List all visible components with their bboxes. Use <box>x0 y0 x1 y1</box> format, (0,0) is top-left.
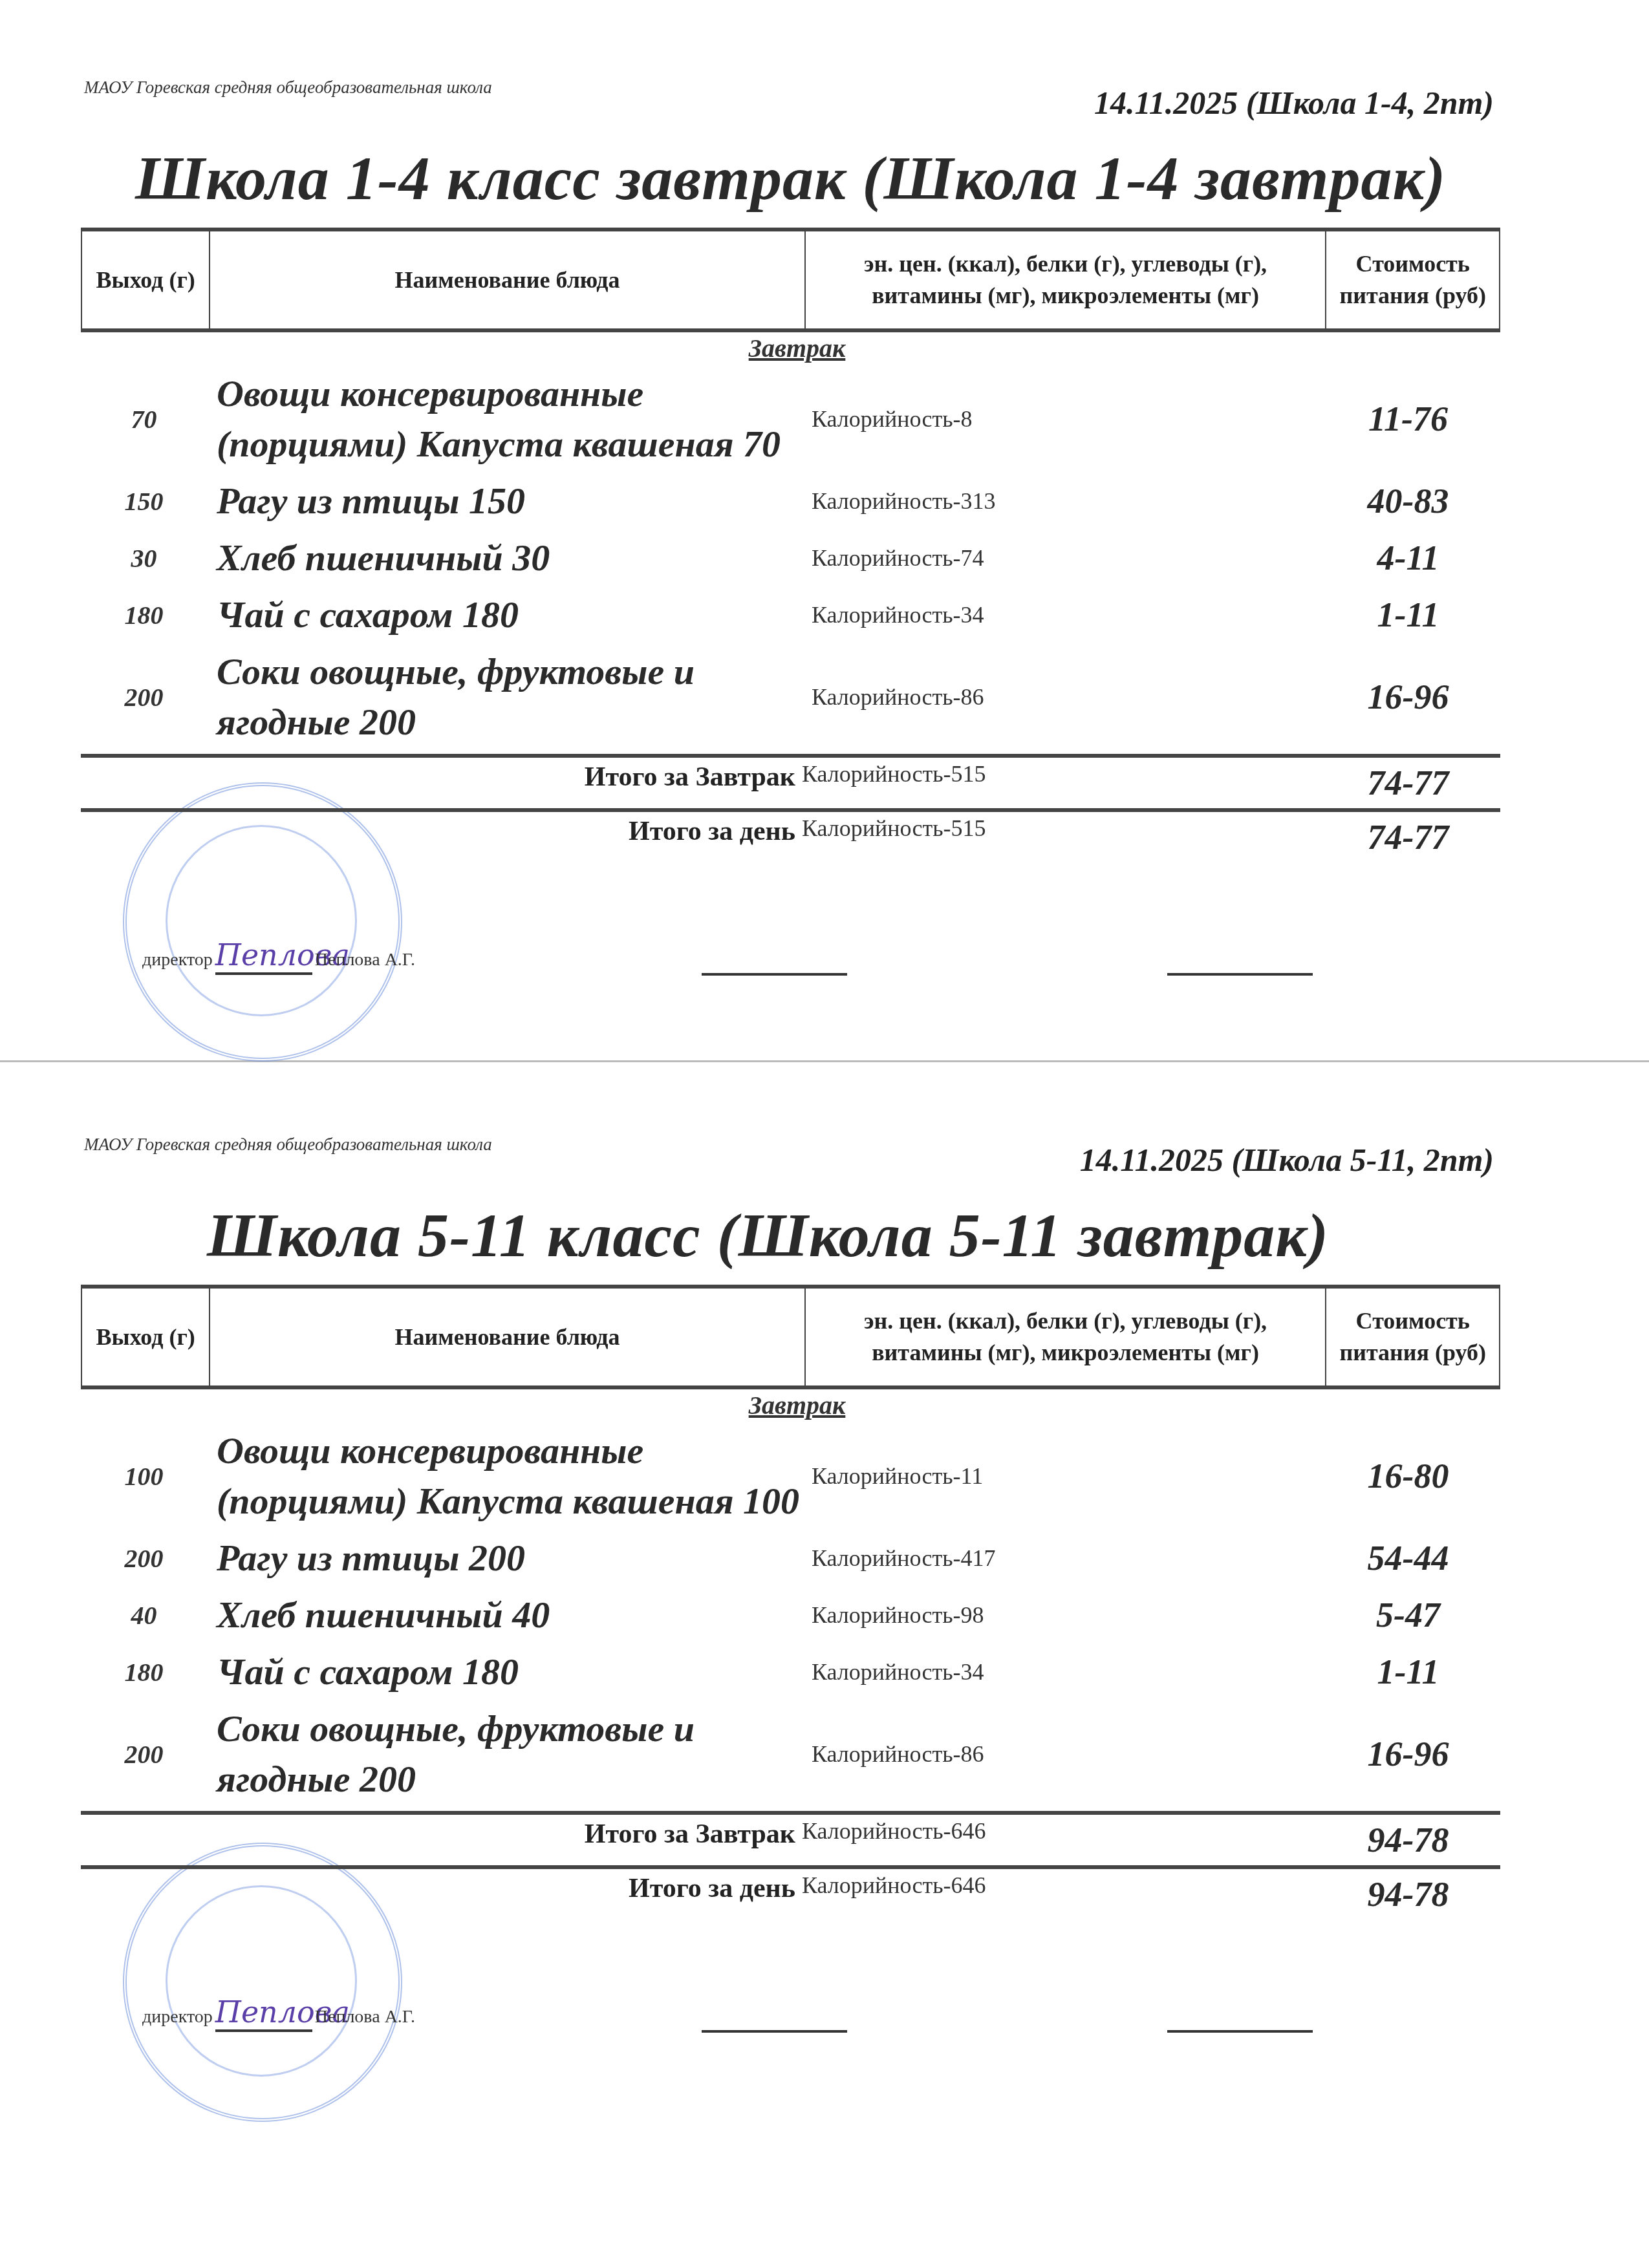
total-day-row: Итого за деньКалорийность-64694-78 <box>81 1865 1500 1920</box>
total-nutrition: Калорийность-646 <box>802 1869 1322 1899</box>
menu-item-row: 40Хлеб пшеничный 40Калорийность-985-47 <box>81 1590 1500 1640</box>
item-yield: 180 <box>81 1657 207 1687</box>
menu-dateline: 14.11.2025 (Школа 1-4, 2пт) <box>1094 84 1494 122</box>
signer-name: Пеплова А.Г. <box>315 2007 415 2027</box>
total-label: Итого за день <box>81 812 802 847</box>
item-yield: 200 <box>81 1739 207 1770</box>
total-label: Итого за день <box>81 1869 802 1904</box>
header-nutrition: эн. цен. (ккал), белки (г), углеводы (г)… <box>805 230 1326 330</box>
item-yield: 70 <box>81 404 207 434</box>
item-cost: 1-11 <box>1322 1652 1494 1692</box>
menu-item-row: 150Рагу из птицы 150Калорийность-31340-8… <box>81 476 1500 526</box>
menu-item-row: 200Соки овощные, фруктовые и ягодные 200… <box>81 647 1500 747</box>
menu-title: Школа 5-11 класс (Школа 5-11 завтрак) <box>133 1199 1500 1271</box>
organization-name: МАОУ Горевская средняя общеобразовательн… <box>84 1135 492 1155</box>
meal-section: Завтрак <box>81 333 1500 363</box>
item-dish-name: Чай с сахаром 180 <box>207 590 802 640</box>
item-dish-name: Рагу из птицы 150 <box>207 476 802 526</box>
blank-signature-line <box>1167 973 1313 976</box>
menu-item-row: 180Чай с сахаром 180Калорийность-341-11 <box>81 590 1500 640</box>
total-nutrition: Калорийность-515 <box>802 758 1322 787</box>
item-yield: 150 <box>81 486 207 517</box>
item-nutrition: Калорийность-86 <box>802 1740 1322 1768</box>
blank-signature-line <box>1167 2030 1313 2033</box>
item-yield: 180 <box>81 600 207 630</box>
item-dish-name: Чай с сахаром 180 <box>207 1647 802 1697</box>
total-cost: 74-77 <box>1322 812 1494 857</box>
menu-item-row: 200Соки овощные, фруктовые и ягодные 200… <box>81 1704 1500 1804</box>
total-nutrition: Калорийность-515 <box>802 812 1322 842</box>
item-yield: 200 <box>81 1543 207 1574</box>
item-dish-name: Хлеб пшеничный 30 <box>207 533 802 583</box>
item-yield: 30 <box>81 543 207 573</box>
header-dish: Наименование блюда <box>210 1287 804 1387</box>
menu-item-row: 200Рагу из птицы 200Калорийность-41754-4… <box>81 1533 1500 1583</box>
director-signature-line: директорПепловаПеплова А.Г. <box>142 1995 415 2032</box>
item-dish-name: Хлеб пшеничный 40 <box>207 1590 802 1640</box>
header-cost: Стоимость питания (руб) <box>1326 1287 1500 1387</box>
menu-table-header: Выход (г) Наименование блюда эн. цен. (к… <box>81 1285 1500 1389</box>
item-yield: 200 <box>81 682 207 712</box>
menu-item-row: 30Хлеб пшеничный 30Калорийность-744-11 <box>81 533 1500 583</box>
item-nutrition: Калорийность-417 <box>802 1545 1322 1572</box>
item-dish-name: Соки овощные, фруктовые и ягодные 200 <box>207 647 802 747</box>
item-dish-name: Овощи консервированные (порциями) Капуст… <box>207 369 802 469</box>
handwritten-signature: Пеплова <box>215 1995 312 2032</box>
meal-section-label: Завтрак <box>749 1391 846 1420</box>
menu-table-header: Выход (г) Наименование блюда эн. цен. (к… <box>81 228 1500 332</box>
header-nutrition: эн. цен. (ккал), белки (г), углеводы (г)… <box>805 1287 1326 1387</box>
item-nutrition: Калорийность-34 <box>802 1658 1322 1685</box>
header-dish: Наименование блюда <box>210 230 804 330</box>
item-nutrition: Калорийность-74 <box>802 544 1322 572</box>
meal-section-label: Завтрак <box>749 334 846 363</box>
total-label: Итого за Завтрак <box>81 1815 802 1850</box>
item-nutrition: Калорийность-34 <box>802 601 1322 628</box>
menu-item-row: 70Овощи консервированные (порциями) Капу… <box>81 369 1500 469</box>
blank-signature-line <box>702 2030 847 2033</box>
item-dish-name: Соки овощные, фруктовые и ягодные 200 <box>207 1704 802 1804</box>
item-nutrition: Калорийность-11 <box>802 1462 1322 1490</box>
item-cost: 4-11 <box>1322 538 1494 578</box>
item-dish-name: Овощи консервированные (порциями) Капуст… <box>207 1426 802 1526</box>
menu-dateline: 14.11.2025 (Школа 5-11, 2пт) <box>1080 1141 1494 1179</box>
menu-rows: 70Овощи консервированные (порциями) Капу… <box>81 369 1500 862</box>
item-nutrition: Калорийность-8 <box>802 405 1322 433</box>
item-cost: 1-11 <box>1322 595 1494 635</box>
item-yield: 100 <box>81 1461 207 1492</box>
item-cost: 16-80 <box>1322 1456 1494 1496</box>
signer-name: Пеплова А.Г. <box>315 950 415 970</box>
total-cost: 74-77 <box>1322 758 1494 803</box>
menu-item-row: 100Овощи консервированные (порциями) Кап… <box>81 1426 1500 1526</box>
total-label: Итого за Завтрак <box>81 758 802 793</box>
item-cost: 40-83 <box>1322 481 1494 521</box>
header-yield: Выход (г) <box>81 230 210 330</box>
item-nutrition: Калорийность-98 <box>802 1601 1322 1629</box>
item-nutrition: Калорийность-86 <box>802 683 1322 711</box>
menu-item-row: 180Чай с сахаром 180Калорийность-341-11 <box>81 1647 1500 1697</box>
item-cost: 16-96 <box>1322 1734 1494 1774</box>
meal-section: Завтрак <box>81 1390 1500 1420</box>
organization-name: МАОУ Горевская средняя общеобразовательн… <box>84 78 492 98</box>
header-cost: Стоимость питания (руб) <box>1326 230 1500 330</box>
total-cost: 94-78 <box>1322 1815 1494 1860</box>
item-cost: 5-47 <box>1322 1595 1494 1635</box>
signer-role: директор <box>142 2007 213 2027</box>
total-day-row: Итого за деньКалорийность-51574-77 <box>81 808 1500 862</box>
total-cost: 94-78 <box>1322 1869 1494 1914</box>
menu-rows: 100Овощи консервированные (порциями) Кап… <box>81 1426 1500 1920</box>
item-dish-name: Рагу из птицы 200 <box>207 1533 802 1583</box>
item-yield: 40 <box>81 1600 207 1631</box>
total-nutrition: Калорийность-646 <box>802 1815 1322 1845</box>
menu-title: Школа 1-4 класс завтрак (Школа 1-4 завтр… <box>81 142 1500 214</box>
handwritten-signature: Пеплова <box>215 937 312 975</box>
blank-signature-line <box>702 973 847 976</box>
header-yield: Выход (г) <box>81 1287 210 1387</box>
total-breakfast-row: Итого за ЗавтракКалорийность-64694-78 <box>81 1811 1500 1865</box>
director-signature-line: директорПепловаПеплова А.Г. <box>142 937 415 975</box>
item-cost: 11-76 <box>1322 399 1494 439</box>
item-cost: 54-44 <box>1322 1538 1494 1578</box>
signer-role: директор <box>142 950 213 970</box>
item-nutrition: Калорийность-313 <box>802 487 1322 515</box>
total-breakfast-row: Итого за ЗавтракКалорийность-51574-77 <box>81 754 1500 808</box>
item-cost: 16-96 <box>1322 677 1494 717</box>
